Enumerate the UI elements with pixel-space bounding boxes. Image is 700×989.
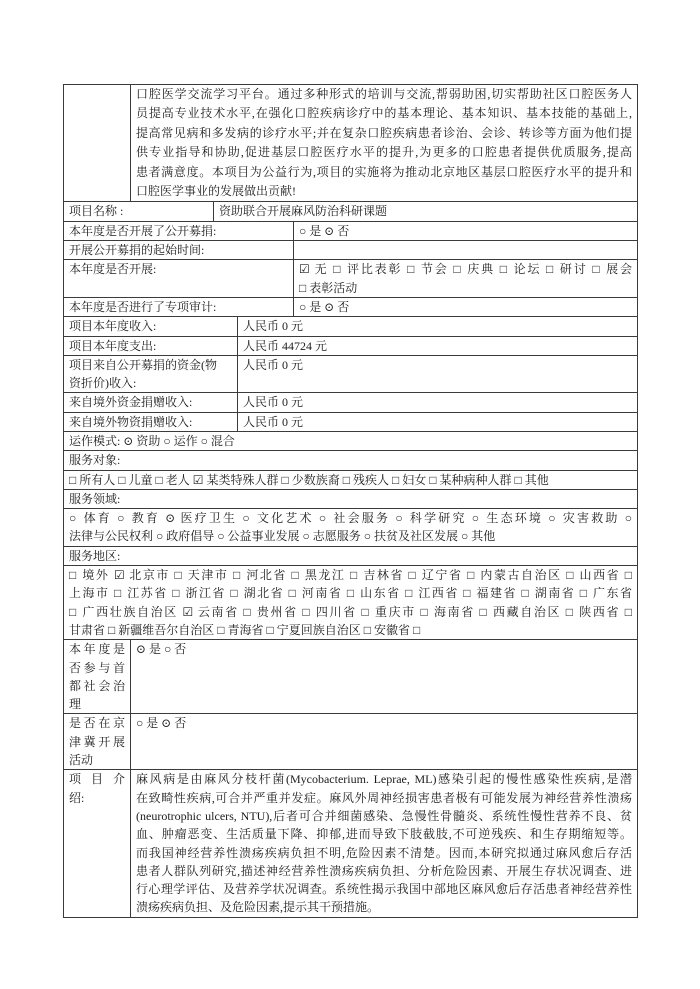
annual-activities-line: ☑ 无 □ 评比表彰 □ 节会 □ 庆典 □ 论坛 □ 研讨 □ 展会 bbox=[299, 260, 632, 278]
annual-income-row: 项目本年度收入: 人民币 0 元 bbox=[64, 316, 637, 335]
continuation-line: 供专业指导和协助,促进基层口腔医疗水平的提升,为更多的口腔患者提供优质服务,提高 bbox=[136, 143, 632, 162]
service-field-header-row: 服务领域: bbox=[64, 489, 637, 508]
jingjinji-activity-label-line: 是否在京 bbox=[69, 714, 125, 732]
operation-mode-row: 运作模式: ⊙ 资助 ○ 运作 ○ 混合 bbox=[64, 431, 637, 450]
project-intro-paragraph: 麻风病是由麻风分枝杆菌(Mycobacterium. Leprae, ML)感染… bbox=[131, 770, 637, 916]
special-audit-value: ○ 是 ⊙ 否 bbox=[294, 298, 637, 316]
service-target-options: □ 所有人 □ 儿童 □ 老人 ☑ 某类特殊人群 □ 少数族裔 □ 残疾人 □ … bbox=[64, 471, 637, 489]
service-region-options-line: 上海市 □ 江苏省 □ 浙江省 □ 湖北省 □ 河南省 □ 山东省 □ 江西省 … bbox=[69, 584, 632, 602]
continuation-empty-label-cell bbox=[64, 85, 131, 201]
project-name-label: 项目名称 : bbox=[64, 202, 214, 220]
capital-governance-row: 本年度是 否参与首 都社会治 理 ⊙ 是 ○ 否 bbox=[64, 639, 637, 713]
operation-mode-text: 运作模式: ⊙ 资助 ○ 运作 ○ 混合 bbox=[64, 432, 637, 450]
service-field-options-line: ○ 体育 ○ 教育 ⊙ 医疗卫生 ○ 文化艺术 ○ 社会服务 ○ 科学研究 ○ … bbox=[69, 509, 632, 527]
public-fundraising-row: 本年度是否开展了公开募捐: ○ 是 ⊙ 否 bbox=[64, 221, 637, 240]
project-intro-line: 血、肿瘤恶变、生活质量下降、抑郁,进而导致下肢截肢,不可逆残疾、和生存期缩短等。 bbox=[136, 825, 632, 843]
service-field-options-line: 法律与公民权利 ○ 政府倡导 ○ 公益事业发展 ○ 志愿服务 ○ 扶贫及社区发展… bbox=[69, 527, 632, 545]
jingjinji-activity-label: 是否在京 津冀开展 活动 bbox=[64, 714, 131, 769]
continuation-line: 员提高专业技术水平,在强化口腔疾病诊疗中的基本理论、基本知识、基本技能的基础上, bbox=[136, 104, 632, 123]
capital-governance-value: ⊙ 是 ○ 否 bbox=[131, 640, 637, 713]
project-intro-label: 项 目 介 绍: bbox=[64, 770, 131, 916]
public-fundraising-income-row: 项目来自公开募捐的资金(物 资折价)收入: 人民币 0 元 bbox=[64, 355, 637, 393]
capital-governance-label-line: 本年度是 bbox=[69, 640, 125, 658]
service-target-header: 服务对象: bbox=[64, 451, 637, 469]
project-intro-line: 而我国神经营养性溃疡疾病负担不明,危险因素不清楚。因而,本研究拟通过麻风愈后存活 bbox=[136, 844, 632, 862]
public-fundraising-income-value: 人民币 0 元 bbox=[238, 356, 637, 393]
capital-governance-label: 本年度是 否参与首 都社会治 理 bbox=[64, 640, 131, 713]
project-intro-line: 行心理学评估、及营养学状况调查。系统性揭示我国中部地区麻风愈后存活患者神经营养性 bbox=[136, 880, 632, 898]
service-field-options: ○ 体育 ○ 教育 ⊙ 医疗卫生 ○ 文化艺术 ○ 社会服务 ○ 科学研究 ○ … bbox=[64, 509, 637, 546]
jingjinji-activity-label-line: 津冀开展 bbox=[69, 733, 125, 751]
jingjinji-activity-value: ○ 是 ⊙ 否 bbox=[131, 714, 637, 769]
special-audit-label: 本年度是否进行了专项审计: bbox=[64, 298, 294, 316]
service-field-options-row: ○ 体育 ○ 教育 ⊙ 医疗卫生 ○ 文化艺术 ○ 社会服务 ○ 科学研究 ○ … bbox=[64, 508, 637, 546]
annual-activities-line: □ 表彰活动 bbox=[299, 279, 632, 297]
capital-governance-label-line: 否参与首 bbox=[69, 659, 125, 677]
project-intro-line: 麻风病是由麻风分枝杆菌(Mycobacterium. Leprae, ML)感染… bbox=[136, 770, 632, 788]
overseas-fund-income-label: 来自境外资金捐赠收入: bbox=[64, 393, 238, 411]
service-region-options-row: □ 境外 ☑ 北京市 □ 天津市 □ 河北省 □ 黑龙江 □ 吉林省 □ 辽宁省… bbox=[64, 565, 637, 639]
fundraising-start-value bbox=[294, 241, 637, 259]
service-region-header-row: 服务地区: bbox=[64, 546, 637, 565]
public-fundraising-value: ○ 是 ⊙ 否 bbox=[294, 222, 637, 240]
project-intro-line: 溃疡疾病负担、及危险因素,提示其干预措施。 bbox=[136, 898, 632, 916]
overseas-goods-income-value: 人民币 0 元 bbox=[238, 413, 637, 431]
public-fundraising-label: 本年度是否开展了公开募捐: bbox=[64, 222, 294, 240]
continuation-line: 口腔医学事业的发展做出贡献! bbox=[136, 182, 632, 201]
project-intro-line: 患者人群队列研究,描述神经营养性溃疡疾病负担、分析危险因素、开展生存状况调查、进 bbox=[136, 862, 632, 880]
annual-activities-row: 本年度是否开展: ☑ 无 □ 评比表彰 □ 节会 □ 庆典 □ 论坛 □ 研讨 … bbox=[64, 259, 637, 297]
service-region-options-line: 甘肃省 □ 新疆维吾尔自治区 □ 青海省 □ 宁夏回族自治区 □ 安徽省 □ bbox=[69, 621, 632, 639]
project-intro-label-line: 项 目 介 bbox=[69, 770, 125, 788]
continuation-line: 患者满意度。本项目为公益行为,项目的实施将为推动北京地区基层口腔医疗水平的提升和 bbox=[136, 163, 632, 182]
annual-expenditure-value: 人民币 44724 元 bbox=[238, 337, 637, 355]
continuation-paragraph: 口腔医学交流学习平台。通过多种形式的培训与交流,帮弱助困,切实帮助社区口腔医务人… bbox=[131, 85, 637, 201]
project-name-value: 资助联合开展麻风防治科研课题 bbox=[214, 202, 637, 220]
public-fundraising-income-label: 项目来自公开募捐的资金(物 资折价)收入: bbox=[64, 356, 238, 393]
capital-governance-label-line: 理 bbox=[69, 695, 125, 713]
capital-governance-label-line: 都社会治 bbox=[69, 677, 125, 695]
service-region-options-line: □ 境外 ☑ 北京市 □ 天津市 □ 河北省 □ 黑龙江 □ 吉林省 □ 辽宁省… bbox=[69, 566, 632, 584]
service-field-header: 服务领域: bbox=[64, 490, 637, 508]
annual-report-form-table: 口腔医学交流学习平台。通过多种形式的培训与交流,帮弱助困,切实帮助社区口腔医务人… bbox=[63, 84, 638, 918]
document-page: 口腔医学交流学习平台。通过多种形式的培训与交流,帮弱助困,切实帮助社区口腔医务人… bbox=[0, 0, 700, 989]
overseas-fund-income-row: 来自境外资金捐赠收入: 人民币 0 元 bbox=[64, 392, 637, 411]
project-name-row: 项目名称 : 资助联合开展麻风防治科研课题 bbox=[64, 201, 637, 220]
service-target-header-row: 服务对象: bbox=[64, 450, 637, 469]
special-audit-row: 本年度是否进行了专项审计: ○ 是 ⊙ 否 bbox=[64, 297, 637, 316]
project-intro-label-line: 绍: bbox=[69, 789, 125, 807]
annual-income-value: 人民币 0 元 bbox=[238, 317, 637, 335]
overseas-goods-income-row: 来自境外物资捐赠收入: 人民币 0 元 bbox=[64, 412, 637, 431]
service-region-header: 服务地区: bbox=[64, 547, 637, 565]
service-region-options: □ 境外 ☑ 北京市 □ 天津市 □ 河北省 □ 黑龙江 □ 吉林省 □ 辽宁省… bbox=[64, 566, 637, 639]
project-intro-line: 在致畸性疾病,可合并严重并发症。麻风外周神经损害患者极有可能发展为神经营养性溃疡 bbox=[136, 789, 632, 807]
continuation-line: 口腔医学交流学习平台。通过多种形式的培训与交流,帮弱助困,切实帮助社区口腔医务人 bbox=[136, 85, 632, 104]
service-region-options-line: □ 广西壮族自治区 ☑ 云南省 □ 贵州省 □ 四川省 □ 重庆市 □ 海南省 … bbox=[69, 603, 632, 621]
annual-expenditure-label: 项目本年度支出: bbox=[64, 337, 238, 355]
project-intro-line: (neurotrophic ulcers, NTU),后者可合并细菌感染、急慢性… bbox=[136, 807, 632, 825]
continuation-row: 口腔医学交流学习平台。通过多种形式的培训与交流,帮弱助困,切实帮助社区口腔医务人… bbox=[64, 85, 637, 201]
annual-activities-options: ☑ 无 □ 评比表彰 □ 节会 □ 庆典 □ 论坛 □ 研讨 □ 展会 □ 表彰… bbox=[294, 260, 637, 297]
jingjinji-activity-label-line: 活动 bbox=[69, 751, 125, 769]
overseas-fund-income-value: 人民币 0 元 bbox=[238, 393, 637, 411]
jingjinji-activity-row: 是否在京 津冀开展 活动 ○ 是 ⊙ 否 bbox=[64, 713, 637, 769]
public-fundraising-income-label-line: 资折价)收入: bbox=[69, 374, 232, 392]
public-fundraising-income-label-line: 项目来自公开募捐的资金(物 bbox=[69, 356, 232, 374]
continuation-line: 提高常见病和多发病的诊疗水平;并在复杂口腔疾病患者诊治、会诊、转诊等方面为他们提 bbox=[136, 124, 632, 143]
service-target-options-row: □ 所有人 □ 儿童 □ 老人 ☑ 某类特殊人群 □ 少数族裔 □ 残疾人 □ … bbox=[64, 470, 637, 489]
project-intro-row: 项 目 介 绍: 麻风病是由麻风分枝杆菌(Mycobacterium. Lepr… bbox=[64, 769, 637, 916]
annual-expenditure-row: 项目本年度支出: 人民币 44724 元 bbox=[64, 336, 637, 355]
annual-income-label: 项目本年度收入: bbox=[64, 317, 238, 335]
annual-activities-label: 本年度是否开展: bbox=[64, 260, 294, 297]
fundraising-start-row: 开展公开募捐的起始时间: bbox=[64, 240, 637, 259]
overseas-goods-income-label: 来自境外物资捐赠收入: bbox=[64, 413, 238, 431]
fundraising-start-label: 开展公开募捐的起始时间: bbox=[64, 241, 294, 259]
